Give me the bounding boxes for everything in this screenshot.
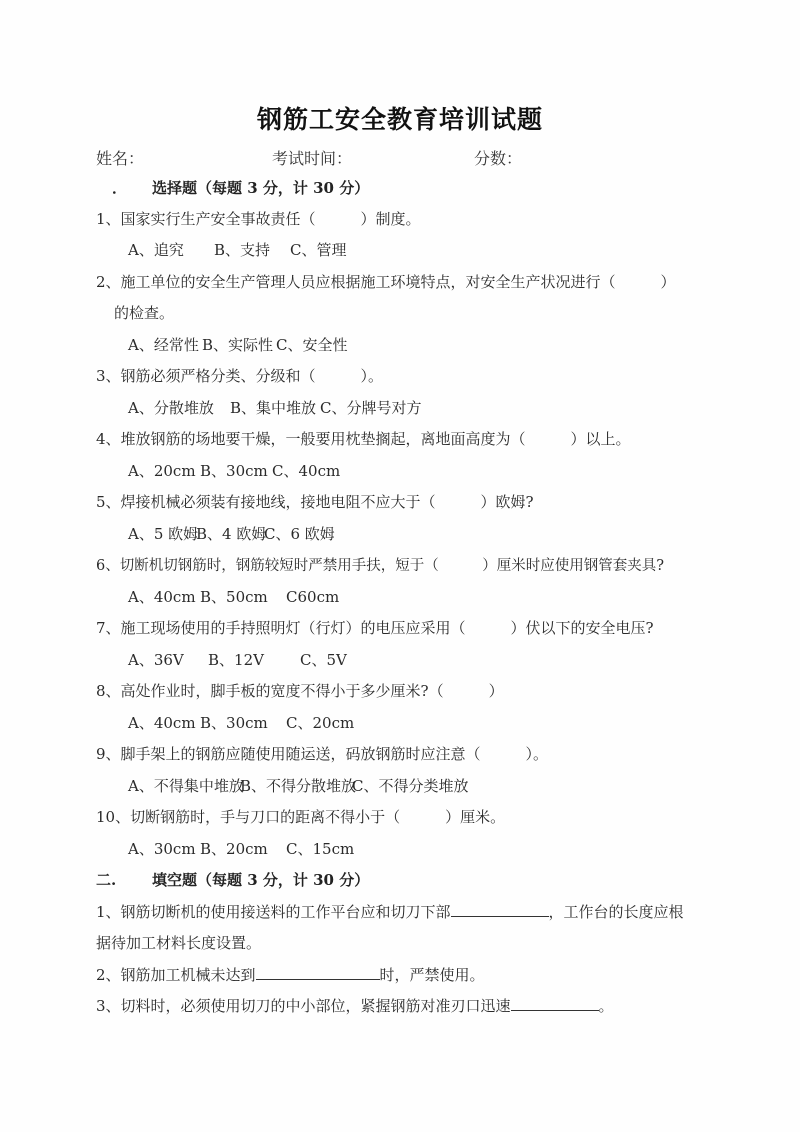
option-b: B、4 欧姆 bbox=[196, 523, 264, 544]
option-a: A、20cm bbox=[128, 460, 200, 481]
fill-question-3-text-after: 。 bbox=[599, 997, 614, 1015]
option-a: A、36V bbox=[128, 649, 208, 670]
fill-question-3: 3、切料时，必须使用切刀的中小部位，紧握钢筋对准刃口迅速。 bbox=[96, 995, 614, 1016]
fill-question-1-text-before: 1、钢筋切断机的使用接送料的工作平台应和切刀下部 bbox=[96, 903, 451, 921]
question-2: 2、施工单位的安全生产管理人员应根据施工环境特点，对安全生产状况进行（ ） bbox=[96, 271, 676, 292]
option-b: B、实际性 bbox=[202, 334, 276, 355]
question-10-options: A、30cmB、20cmC、15cm bbox=[128, 838, 354, 859]
question-1-options: A、追究B、支持C、管理 bbox=[128, 239, 346, 260]
option-c: C、不得分类堆放 bbox=[352, 775, 468, 796]
option-b: B、50cm bbox=[200, 586, 286, 607]
question-9: 9、脚手架上的钢筋应随使用随运送，码放钢筋时应注意（ ）。 bbox=[96, 743, 548, 764]
question-2-continuation: 的检查。 bbox=[114, 302, 174, 323]
fill-question-1-text-after: ，工作台的长度应根 bbox=[549, 903, 684, 921]
fill-blank-1[interactable] bbox=[451, 902, 549, 917]
question-4: 4、堆放钢筋的场地要干燥，一般要用枕垫搁起，离地面高度为（ ）以上。 bbox=[96, 428, 631, 449]
option-b: B、集中堆放 bbox=[230, 397, 320, 418]
option-c: C、15cm bbox=[286, 838, 354, 859]
fill-question-3-text-before: 3、切料时，必须使用切刀的中小部位，紧握钢筋对准刃口迅速 bbox=[96, 997, 511, 1015]
option-a: A、40cm bbox=[128, 586, 200, 607]
fill-blank-3[interactable] bbox=[511, 996, 599, 1011]
question-4-options: A、20cmB、30cmC、40cm bbox=[128, 460, 340, 481]
section2-heading: 填空题（每题 3 分，计 30 分） bbox=[152, 869, 369, 890]
question-7-options: A、36VB、12VC、5V bbox=[128, 649, 347, 670]
question-6-options: A、40cmB、50cmC60cm bbox=[128, 586, 339, 607]
document-title: 钢筋工安全教育培训试题 bbox=[0, 100, 800, 136]
score-field-label: 分数： bbox=[474, 146, 522, 169]
fill-question-2: 2、钢筋加工机械未达到时，严禁使用。 bbox=[96, 964, 485, 985]
fill-blank-2[interactable] bbox=[256, 965, 380, 980]
option-c: C、分牌号对方 bbox=[320, 397, 421, 418]
option-a: A、5 欧姆 bbox=[128, 523, 196, 544]
option-a: A、40cm bbox=[128, 712, 200, 733]
option-b: B、30cm bbox=[200, 712, 286, 733]
option-b: B、支持 bbox=[214, 239, 290, 260]
question-6: 6、切断机切钢筋时，钢筋较短时严禁用手扶，短于（ ）厘米时应使用钢管套夹具? bbox=[96, 554, 664, 575]
section2-number: 二. bbox=[96, 869, 116, 890]
option-b: B、20cm bbox=[200, 838, 286, 859]
section1-number: ． bbox=[112, 177, 127, 198]
option-a: A、追究 bbox=[128, 239, 214, 260]
exam-time-field-label: 考试时间： bbox=[272, 146, 352, 169]
option-c: C、5V bbox=[300, 649, 347, 670]
question-5-options: A、5 欧姆B、4 欧姆C、6 欧姆 bbox=[128, 523, 335, 544]
option-a: A、分散堆放 bbox=[128, 397, 230, 418]
question-8-options: A、40cmB、30cmC、20cm bbox=[128, 712, 354, 733]
question-3: 3、钢筋必须严格分类、分级和（ ）。 bbox=[96, 365, 383, 386]
fill-question-1: 1、钢筋切断机的使用接送料的工作平台应和切刀下部，工作台的长度应根 bbox=[96, 901, 684, 922]
option-b: B、不得分散堆放 bbox=[240, 775, 352, 796]
exam-page: 钢筋工安全教育培训试题 姓名： 考试时间： 分数： ． 选择题（每题 3 分，计… bbox=[0, 0, 800, 1132]
option-b: B、12V bbox=[208, 649, 300, 670]
option-a: A、30cm bbox=[128, 838, 200, 859]
question-8: 8、高处作业时，脚手板的宽度不得小于多少厘米?（ ） bbox=[96, 680, 504, 701]
option-c: C、6 欧姆 bbox=[264, 523, 335, 544]
option-c: C、20cm bbox=[286, 712, 354, 733]
question-3-options: A、分散堆放B、集中堆放C、分牌号对方 bbox=[128, 397, 421, 418]
option-b: B、30cm bbox=[200, 460, 272, 481]
name-field-label: 姓名： bbox=[96, 146, 144, 169]
option-c: C60cm bbox=[286, 588, 339, 606]
option-c: C、40cm bbox=[272, 460, 340, 481]
question-9-options: A、不得集中堆放B、不得分散堆放C、不得分类堆放 bbox=[128, 775, 468, 796]
question-1: 1、国家实行生产安全事故责任（ ）制度。 bbox=[96, 208, 421, 229]
option-a: A、经常性 bbox=[128, 334, 202, 355]
section1-heading: 选择题（每题 3 分，计 30 分） bbox=[152, 177, 369, 198]
fill-question-2-text-after: 时，严禁使用。 bbox=[380, 966, 485, 984]
option-c: C、管理 bbox=[290, 239, 346, 260]
fill-question-1-continuation: 据待加工材料长度设置。 bbox=[96, 932, 261, 953]
question-2-options: A、经常性B、实际性C、安全性 bbox=[128, 334, 347, 355]
option-c: C、安全性 bbox=[276, 334, 347, 355]
question-10: 10、切断钢筋时，手与刀口的距离不得小于（ ）厘米。 bbox=[96, 806, 505, 827]
fill-question-2-text-before: 2、钢筋加工机械未达到 bbox=[96, 966, 256, 984]
option-a: A、不得集中堆放 bbox=[128, 775, 240, 796]
question-5: 5、焊接机械必须装有接地线，接地电阻不应大于（ ）欧姆? bbox=[96, 491, 534, 512]
question-7: 7、施工现场使用的手持照明灯（行灯）的电压应采用（ ）伏以下的安全电压? bbox=[96, 617, 654, 638]
